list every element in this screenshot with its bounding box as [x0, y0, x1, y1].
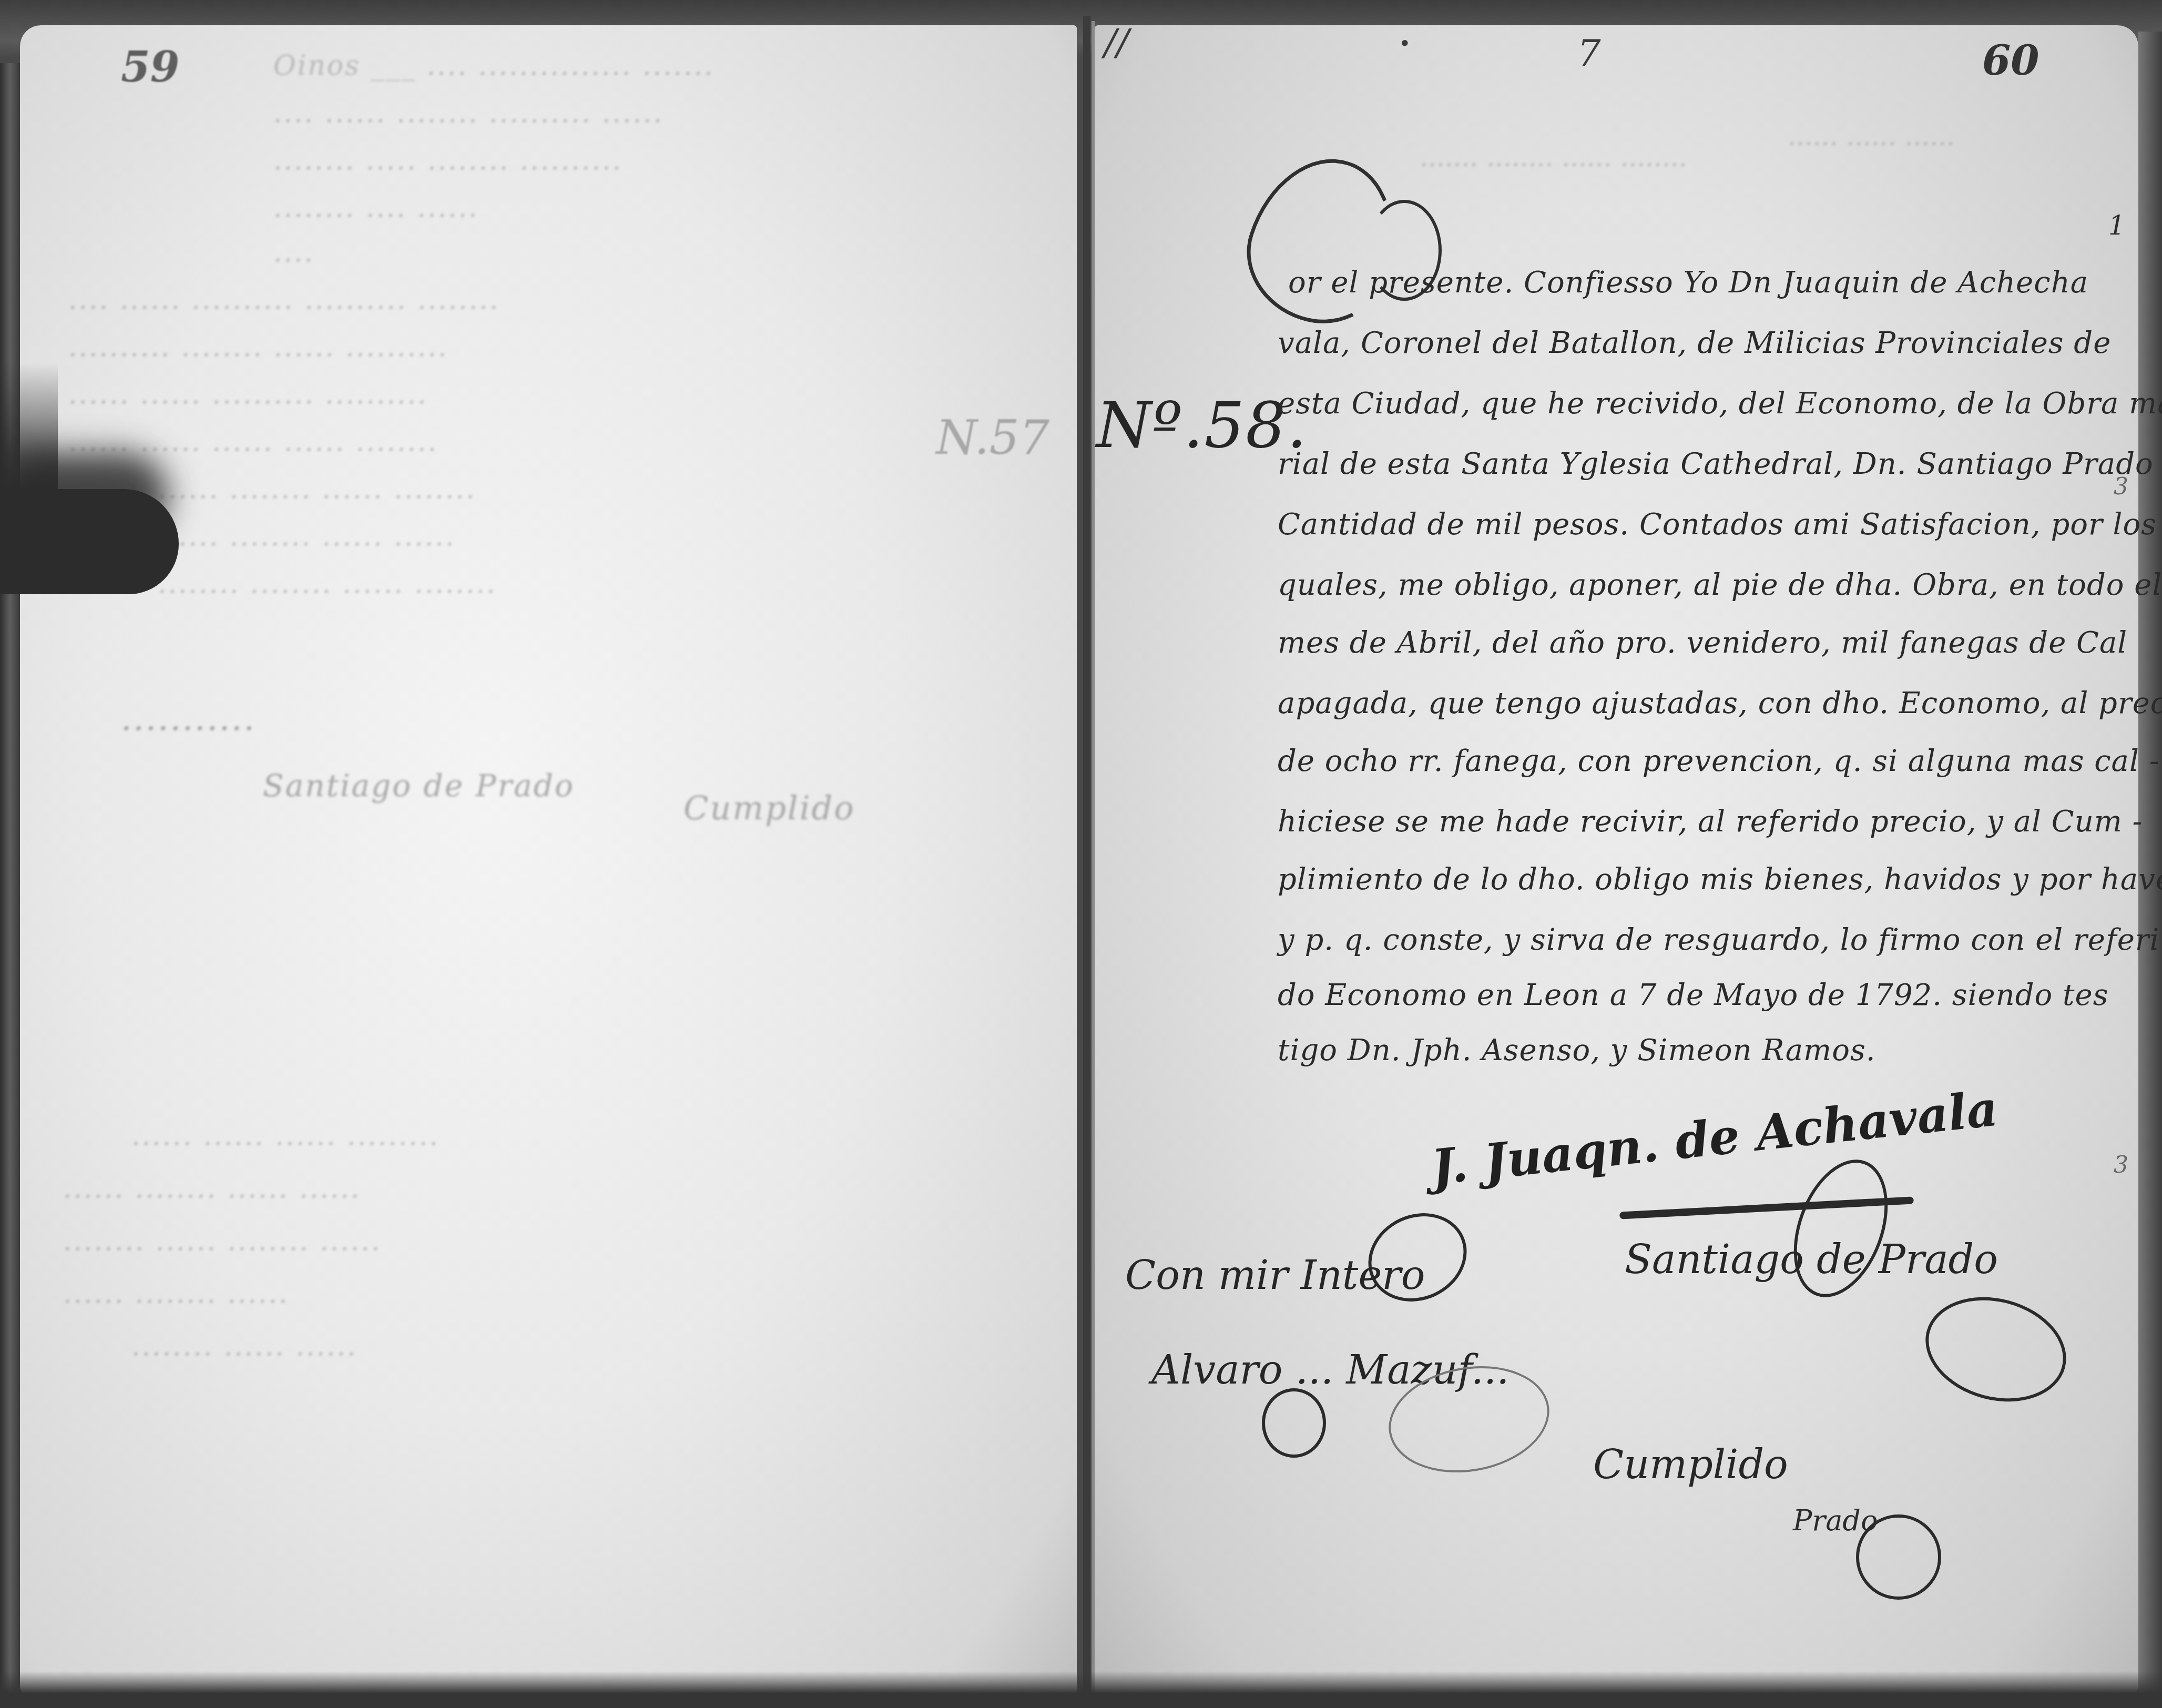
- gutter-folio-mark: //: [1104, 21, 1129, 64]
- body-line: de ocho rr. fanega, con prevencion, q. s…: [1278, 744, 2160, 778]
- left-faded-line: ...... ...... ...... .........: [131, 1120, 440, 1152]
- body-line: vala, Coronel del Batallon, de Milicias …: [1278, 326, 2111, 360]
- witness-rubric: [1262, 1388, 1326, 1458]
- margin-mark: 3: [2114, 473, 2128, 500]
- left-faded-line: .......... ........ ...... ..........: [68, 331, 448, 363]
- left-faded-line: ........ ...... ........ ......: [63, 1225, 381, 1257]
- left-faded-line: .... ...... .......... .......... ......…: [68, 284, 499, 316]
- completion-rubric: [1856, 1514, 1941, 1600]
- body-line: tigo Dn. Jph. Asenso, y Simeon Ramos.: [1278, 1033, 1875, 1067]
- left-faded-signature: Cumplido: [684, 789, 855, 827]
- left-faded-line: Oinos ___ .... ............... .......: [273, 50, 715, 82]
- left-page: [20, 25, 1077, 1696]
- left-faded-line: ...... ........ ...... ........: [158, 473, 476, 505]
- right-page-number: 60: [1982, 37, 2039, 85]
- body-line: apagada, que tengo ajustadas, con dho. E…: [1278, 686, 2162, 720]
- body-line: or el presente. Confiesso Yo Dn Juaquin …: [1288, 266, 2088, 300]
- right-bleed-through: ...... ...... ......: [1788, 121, 1955, 151]
- body-line: Cantidad de mil pesos. Contados ami Sati…: [1278, 507, 2157, 542]
- body-line: y p. q. conste, y sirva de resguardo, lo…: [1278, 923, 2160, 957]
- left-faded-line: ........ .... ......: [273, 192, 479, 223]
- left-faded-line: ...... ...... .......... ..........: [68, 379, 428, 410]
- completion-note: Cumplido: [1593, 1441, 1788, 1488]
- finger-shadow: [0, 489, 179, 594]
- book-gutter: [1083, 16, 1090, 1708]
- left-faded-line: ........ ..... ........ ..........: [273, 145, 623, 176]
- body-line: quales, me obligo, aponer, al pie de dha…: [1278, 568, 2162, 602]
- left-page-edge: [0, 63, 20, 1693]
- bottom-shadow: [0, 1671, 2162, 1708]
- body-line: hiciese se me hade recivir, al referido …: [1278, 805, 2143, 839]
- center-folio-mark: 7: [1577, 32, 1601, 75]
- body-line: rial de esta Santa Yglesia Cathedral, Dn…: [1278, 447, 2162, 481]
- body-line: do Economo en Leon a 7 de Mayo de 1792. …: [1278, 978, 2108, 1012]
- left-faded-line: ...... ........ ......: [63, 1278, 289, 1309]
- left-faded-signature: Santiago de Prado: [263, 768, 575, 804]
- left-faded-line: ....: [273, 237, 314, 268]
- left-faded-line: ...... ........ ...... ......: [63, 1173, 361, 1204]
- body-line: mes de Abril, del año pro. veniderο, mil…: [1278, 626, 2127, 660]
- margin-mark: 1: [2108, 210, 2125, 241]
- left-page-number: 59: [121, 42, 179, 91]
- left-faded-signature: ...........: [121, 699, 256, 738]
- body-line: plimiento de lo dho. obligo mis bienes, …: [1278, 862, 2162, 897]
- document-number: Nº.58.: [1096, 389, 1308, 462]
- body-line: esta Ciudad, que he recivido, del Econom…: [1278, 387, 2162, 421]
- margin-mark: 3: [2114, 1152, 2128, 1178]
- manuscript-scan: 59 Oinos ___ .... ............... ......…: [0, 0, 2162, 1708]
- left-margin-number: N.57: [936, 410, 1049, 465]
- left-faded-line: .... ...... ........ .......... ......: [273, 97, 664, 129]
- left-faded-line: ...... ........ ...... ......: [158, 521, 455, 552]
- left-faded-line: ........ ........ ...... ........: [158, 568, 496, 599]
- right-bleed-through: ....... ........ ...... ........: [1420, 142, 1687, 172]
- left-faded-line: ........ ...... ......: [131, 1330, 358, 1362]
- witness-note: Con mir Intero: [1125, 1252, 1425, 1298]
- left-faded-line: ...... ...... ...... ...... ........: [68, 426, 438, 457]
- economo-signature: Santiago de Prado: [1625, 1236, 1998, 1283]
- ink-dot: •: [1399, 32, 1411, 56]
